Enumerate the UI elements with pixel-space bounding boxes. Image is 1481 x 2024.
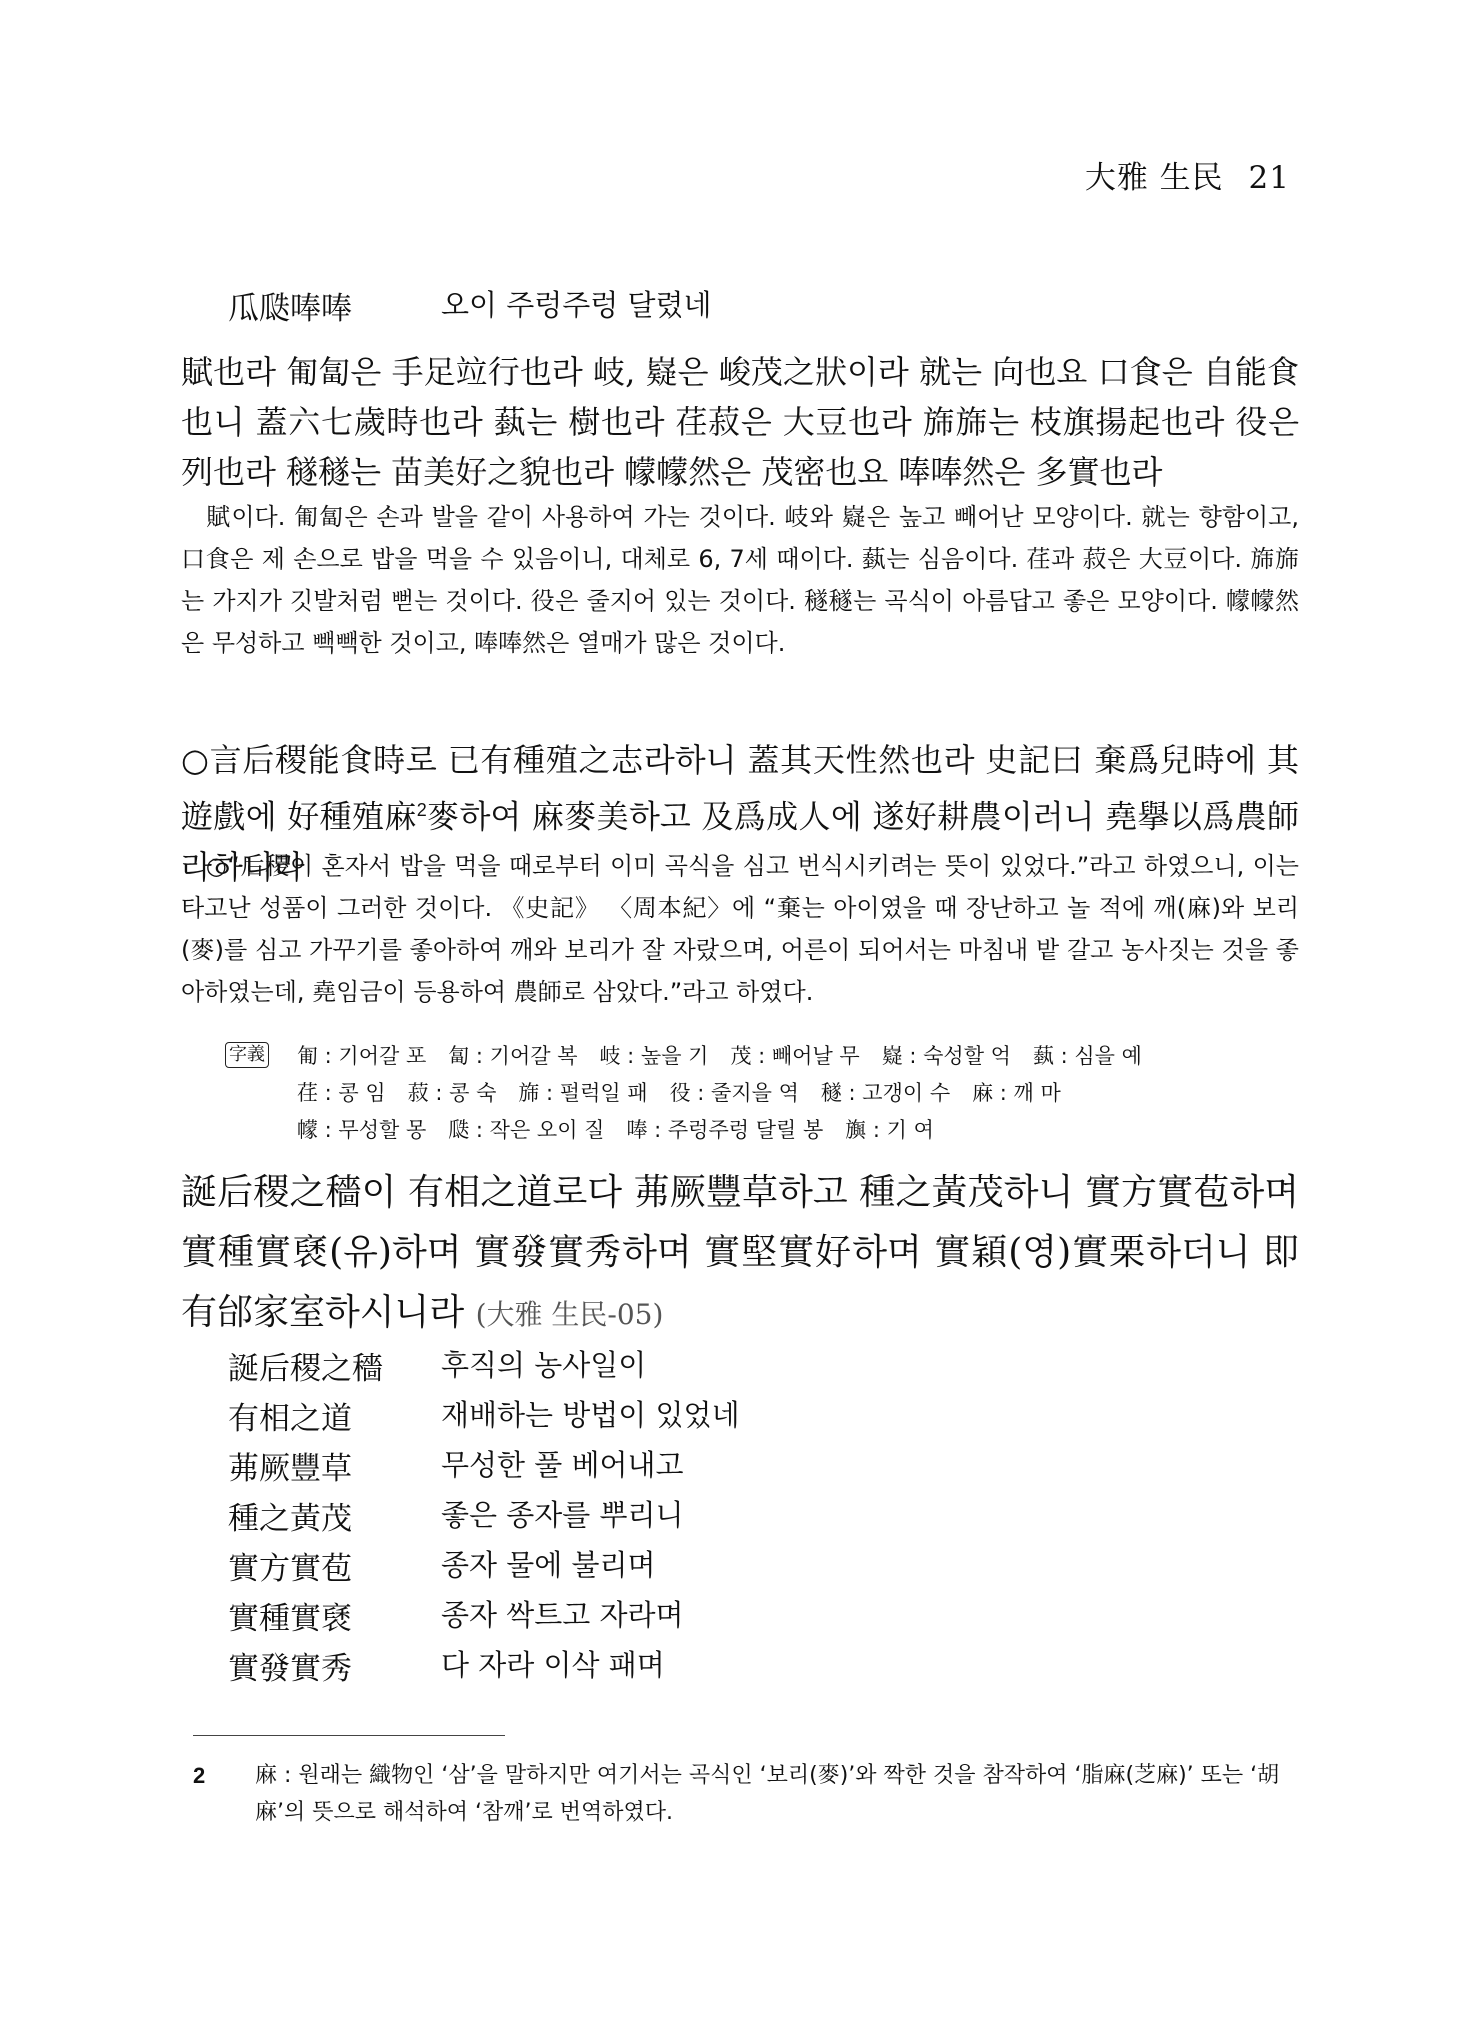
glossary-line: 匍 : 기어갈 포匐 : 기어갈 복岐 : 높을 기茂 : 빼어날 무嶷 : 숙… (297, 1038, 1164, 1075)
note-korean-translation: ○“后稷이 혼자서 밥을 먹을 때로부터 이미 곡식을 심고 번식시키려는 뜻이… (181, 845, 1299, 1013)
stanza-reference: (大雅 生民-05) (476, 1298, 664, 1331)
commentary-korean-translation: 賦이다. 匍匐은 손과 발을 같이 사용하여 가는 것이다. 岐와 嶷은 높고 … (181, 496, 1299, 664)
verse-hanja: 實種實褎 (228, 1593, 441, 1638)
glossary-entry: 唪 : 주렁주렁 달릴 봉 (626, 1118, 823, 1142)
glossary-entry: 菽 : 콩 숙 (408, 1081, 497, 1105)
glossary-entry: 瓞 : 작은 오이 질 (448, 1118, 604, 1142)
verse-line: 實方實苞 종자 물에 불리며 (228, 1543, 656, 1588)
glossary-box: 字義 匍 : 기어갈 포匐 : 기어갈 복岐 : 높을 기茂 : 빼어날 무嶷 … (225, 1038, 1164, 1149)
verse-korean: 다 자라 이삭 패며 (441, 1643, 665, 1688)
verse-line: 種之黃茂 좋은 종자를 뿌리니 (228, 1493, 684, 1538)
verse-hanja: 誕后稷之穡 (228, 1343, 441, 1388)
running-title: 大雅 生民 (1085, 160, 1224, 196)
page-number: 21 (1249, 160, 1290, 196)
glossary-entry: 麻 : 깨 마 (972, 1081, 1061, 1105)
footnote: 2 麻 : 원래는 織物인 ‘삼’을 말하지만 여기서는 곡식인 ‘보리(麥)’… (193, 1757, 1299, 1831)
glossary-entry: 嶷 : 숙성할 억 (882, 1044, 1011, 1068)
verse-hanja: 種之黃茂 (228, 1493, 441, 1538)
verse-hanja: 有相之道 (228, 1393, 441, 1438)
verse-korean: 종자 싹트고 자라며 (441, 1593, 684, 1638)
verse-line-top: 瓜瓞唪唪 오이 주렁주렁 달렸네 (228, 283, 712, 328)
verse-line: 有相之道 재배하는 방법이 있었네 (228, 1393, 740, 1438)
verse-korean: 후직의 농사일이 (441, 1343, 646, 1388)
verse-korean: 오이 주렁주렁 달렸네 (441, 283, 712, 328)
footnote-number: 2 (193, 1757, 255, 1831)
glossary-entry: 茂 : 빼어날 무 (730, 1044, 859, 1068)
glossary-entry: 穟 : 고갱이 수 (821, 1081, 950, 1105)
footnote-text: 麻 : 원래는 織物인 ‘삼’을 말하지만 여기서는 곡식인 ‘보리(麥)’와 … (255, 1757, 1299, 1831)
stanza-classical-chinese: 誕后稷之穡이 有相之道로다 茀厥豐草하고 種之黃茂하니 實方實苞하며 實種實褎(… (181, 1163, 1299, 1345)
glossary-entry: 岐 : 높을 기 (600, 1044, 709, 1068)
verse-hanja: 茀厥豐草 (228, 1443, 441, 1488)
document-page: 大雅 生民 21 瓜瓞唪唪 오이 주렁주렁 달렸네 賦也라 匍匐은 手足竝行也라… (0, 0, 1481, 2024)
commentary-classical-chinese: 賦也라 匍匐은 手足竝行也라 岐, 嶷은 峻茂之狀이라 就는 向也요 口食은 自… (181, 347, 1299, 497)
footnote-reference[interactable]: 2 (417, 800, 427, 820)
glossary-entry: 役 : 줄지을 역 (670, 1081, 799, 1105)
verse-line: 茀厥豐草 무성한 풀 베어내고 (228, 1443, 684, 1488)
glossary-entry: 幪 : 무성할 몽 (297, 1118, 426, 1142)
verse-hanja: 實發實秀 (228, 1643, 441, 1688)
glossary-entry: 匐 : 기어갈 복 (448, 1044, 577, 1068)
glossary-badge: 字義 (225, 1042, 269, 1068)
glossary-entry: 匍 : 기어갈 포 (297, 1044, 426, 1068)
verse-korean: 재배하는 방법이 있었네 (441, 1393, 740, 1438)
glossary-entry: 旆 : 펄럭일 패 (518, 1081, 647, 1105)
glossary-line: 幪 : 무성할 몽瓞 : 작은 오이 질唪 : 주렁주렁 달릴 봉旟 : 기 여 (297, 1112, 1164, 1149)
glossary-entry: 荏 : 콩 임 (297, 1081, 386, 1105)
verse-korean: 무성한 풀 베어내고 (441, 1443, 684, 1488)
verse-line: 實種實褎 종자 싹트고 자라며 (228, 1593, 684, 1638)
running-header: 大雅 生民 21 (1085, 152, 1290, 197)
verse-line: 實發實秀 다 자라 이삭 패며 (228, 1643, 665, 1688)
verse-korean: 좋은 종자를 뿌리니 (441, 1493, 684, 1538)
note-korean-text: ○“后稷이 혼자서 밥을 먹을 때로부터 이미 곡식을 심고 번식시키려는 뜻이… (181, 852, 1299, 1006)
glossary-entry: 旟 : 기 여 (845, 1118, 934, 1142)
commentary-korean-text: 賦이다. 匍匐은 손과 발을 같이 사용하여 가는 것이다. 岐와 嶷은 높고 … (181, 503, 1299, 657)
stanza-text: 誕后稷之穡이 有相之道로다 茀厥豐草하고 種之黃茂하니 實方實苞하며 實種實褎(… (181, 1172, 1299, 1333)
glossary-entry: 蓺 : 심을 예 (1033, 1044, 1142, 1068)
verse-line: 誕后稷之穡 후직의 농사일이 (228, 1343, 646, 1388)
verse-hanja: 實方實苞 (228, 1543, 441, 1588)
verse-korean: 종자 물에 불리며 (441, 1543, 656, 1588)
glossary-line: 荏 : 콩 임菽 : 콩 숙旆 : 펄럭일 패役 : 줄지을 역穟 : 고갱이 … (297, 1075, 1164, 1112)
footnote-divider (193, 1735, 505, 1736)
verse-hanja: 瓜瓞唪唪 (228, 283, 441, 328)
